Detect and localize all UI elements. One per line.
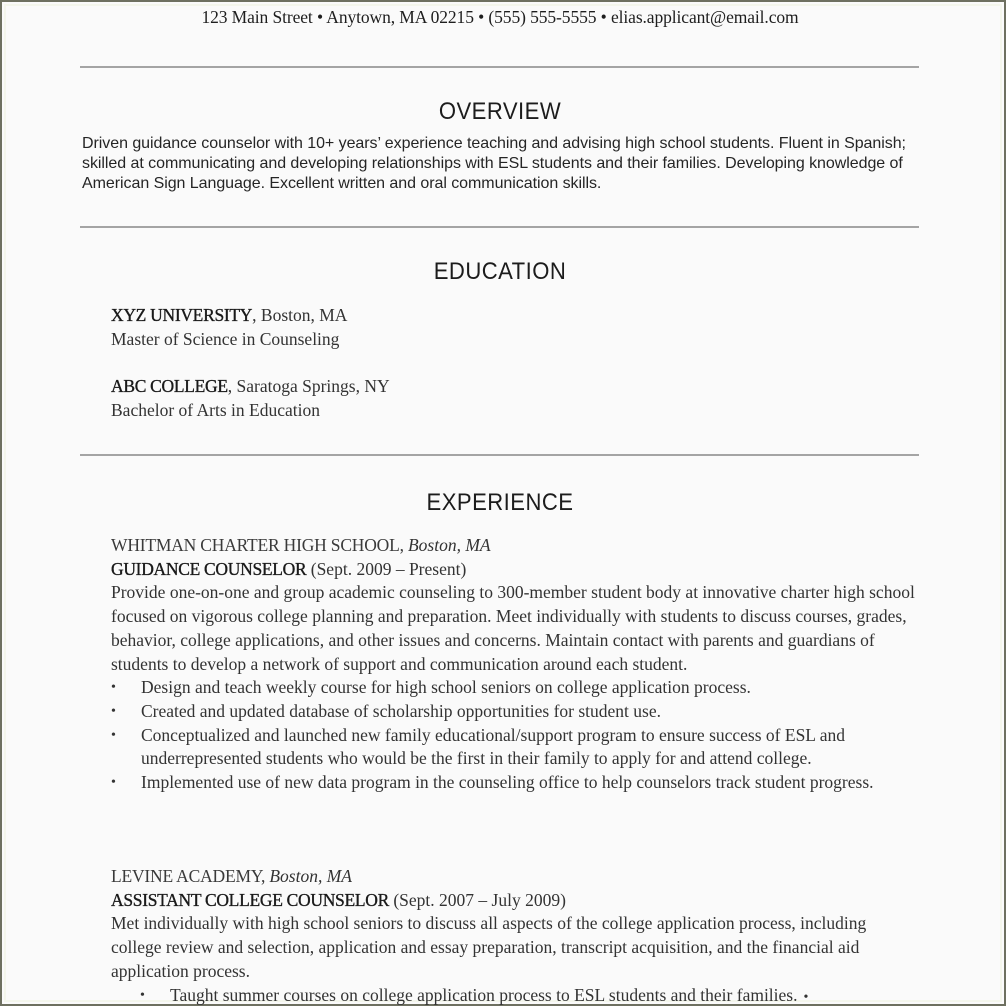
job-organization-line: WHITMAN CHARTER HIGH SCHOOL, Boston, MA <box>111 534 921 558</box>
bullet-icon: • <box>140 984 150 1006</box>
bullet-text: Taught summer courses on college applica… <box>170 985 798 1005</box>
education-school-line: XYZ UNIVERSITY, Boston, MA <box>111 303 347 327</box>
list-item: •Created and updated database of scholar… <box>111 700 921 724</box>
job-description: Met individually with high school senior… <box>111 912 921 983</box>
overview-text: Driven guidance counselor with 10+ years… <box>82 134 932 194</box>
job-entry: WHITMAN CHARTER HIGH SCHOOL, Boston, MA … <box>111 534 921 795</box>
list-item: •Conceptualized and launched new family … <box>111 724 921 771</box>
school-location: , Saratoga Springs, NY <box>228 376 390 396</box>
job-organization: LEVINE ACADEMY, <box>111 866 269 886</box>
divider <box>80 454 919 456</box>
job-bullets: •Taught summer courses on college applic… <box>111 984 921 1006</box>
job-description: Provide one-on-one and group academic co… <box>111 581 921 676</box>
section-title-education: EDUCATION <box>40 258 960 286</box>
job-dates: (Sept. 2007 – July 2009) <box>389 890 566 910</box>
job-location: Boston, MA <box>269 866 352 886</box>
job-bullets: •Design and teach weekly course for high… <box>111 676 921 795</box>
divider <box>80 226 919 228</box>
degree: Master of Science in Counseling <box>111 327 347 351</box>
bullet-text: Design and teach weekly course for high … <box>141 677 751 697</box>
job-title-line: ASSISTANT COLLEGE COUNSELOR (Sept. 2007 … <box>111 889 921 913</box>
section-title-experience: EXPERIENCE <box>40 489 960 517</box>
job-location: Boston, MA <box>408 535 491 555</box>
job-position: GUIDANCE COUNSELOR <box>111 559 306 579</box>
education-entry: ABC COLLEGE, Saratoga Springs, NY Bachel… <box>111 374 390 422</box>
list-item: •Implemented use of new data program in … <box>111 771 921 795</box>
job-title-line: GUIDANCE COUNSELOR (Sept. 2009 – Present… <box>111 558 921 582</box>
bullet-icon: • <box>111 724 121 748</box>
contact-line: 123 Main Street • Anytown, MA 02215 • (5… <box>0 7 1000 28</box>
bullet-icon: • <box>111 676 121 700</box>
job-entry: LEVINE ACADEMY, Boston, MA ASSISTANT COL… <box>111 865 921 1006</box>
bullet-text: Conceptualized and launched new family e… <box>141 725 845 769</box>
school-name: ABC COLLEGE <box>111 376 228 396</box>
job-position: ASSISTANT COLLEGE COUNSELOR <box>111 890 389 910</box>
list-item: •Design and teach weekly course for high… <box>111 676 921 700</box>
job-organization-line: LEVINE ACADEMY, Boston, MA <box>111 865 921 889</box>
job-organization: WHITMAN CHARTER HIGH SCHOOL, <box>111 535 408 555</box>
list-item: •Taught summer courses on college applic… <box>111 984 921 1006</box>
job-dates: (Sept. 2009 – Present) <box>306 559 466 579</box>
resume-document: 123 Main Street • Anytown, MA 02215 • (5… <box>0 0 1006 1006</box>
bullet-icon: • <box>111 771 121 795</box>
bullet-text: Created and updated database of scholars… <box>141 701 661 721</box>
section-title-overview: OVERVIEW <box>40 98 960 126</box>
school-location: , Boston, MA <box>252 305 347 325</box>
bullet-icon: • <box>111 700 121 724</box>
trailing-bullet-icon: • <box>804 990 809 1005</box>
divider <box>80 66 919 68</box>
degree: Bachelor of Arts in Education <box>111 398 390 422</box>
school-name: XYZ UNIVERSITY <box>111 305 252 325</box>
education-entry: XYZ UNIVERSITY, Boston, MA Master of Sci… <box>111 303 347 351</box>
bullet-text: Implemented use of new data program in t… <box>141 772 874 792</box>
education-school-line: ABC COLLEGE, Saratoga Springs, NY <box>111 374 390 398</box>
